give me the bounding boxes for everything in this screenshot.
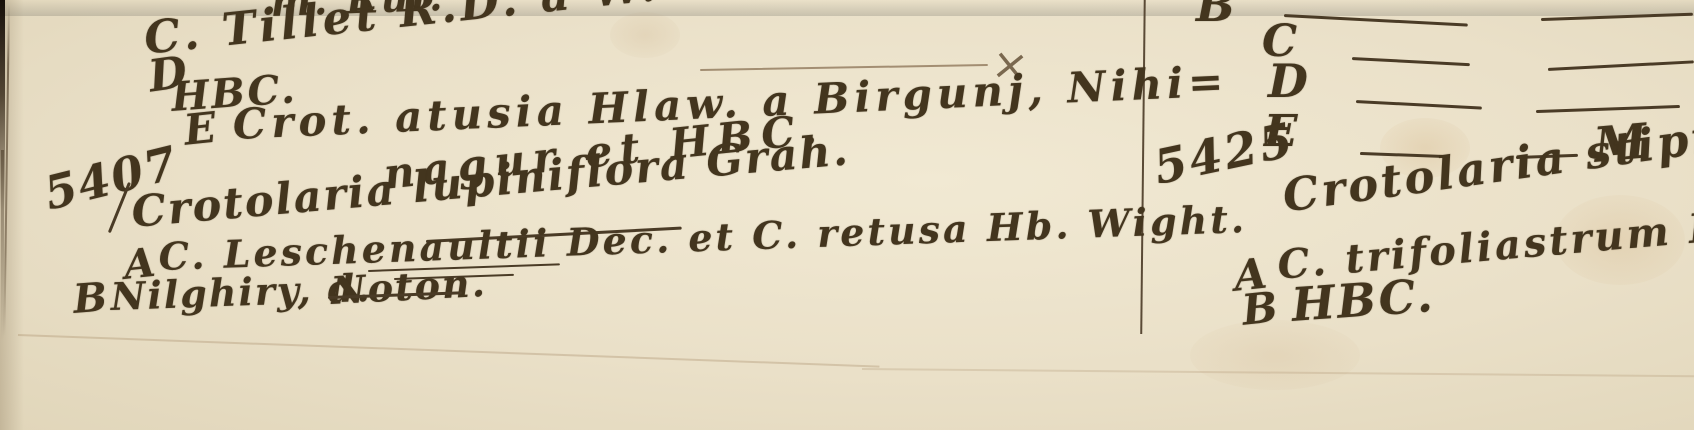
book-gutter-shadow [0, 0, 24, 430]
sub-b-text-right: HBC. [1290, 272, 1436, 328]
ditto-row-letter-b: B [1196, 0, 1235, 28]
ditto-dash [1548, 60, 1694, 71]
ditto-row-letter-d: D [1268, 58, 1308, 104]
sub-b-letter: B [72, 278, 109, 320]
page-edge-line [3, 4, 10, 336]
column-divider-rule [1140, 0, 1146, 334]
ditto-dash [1536, 105, 1680, 113]
sub-b-letter-right: B [1240, 286, 1280, 331]
row-e-letter: E [182, 107, 218, 152]
sub-b-struck-word: Noton. [330, 264, 488, 310]
book-edge-dark-strip [0, 0, 5, 210]
book-edge-dark-strip-lower [1, 150, 4, 340]
species-name-5425: Crotolaria stipit [1280, 111, 1694, 219]
foxing-stain [610, 12, 680, 58]
paper-crease [18, 334, 879, 368]
row-c-text: C. Tillet R.D. a W.G. [142, 0, 722, 61]
paper-crease [862, 368, 1694, 377]
entry-number-5425: 5425 [1150, 116, 1299, 192]
manuscript-page: m. Rul. C. Tillet R.D. a W.G. × D HBC. E… [0, 0, 1694, 430]
ditto-dash [1352, 57, 1470, 66]
ditto-dash [1356, 100, 1482, 110]
